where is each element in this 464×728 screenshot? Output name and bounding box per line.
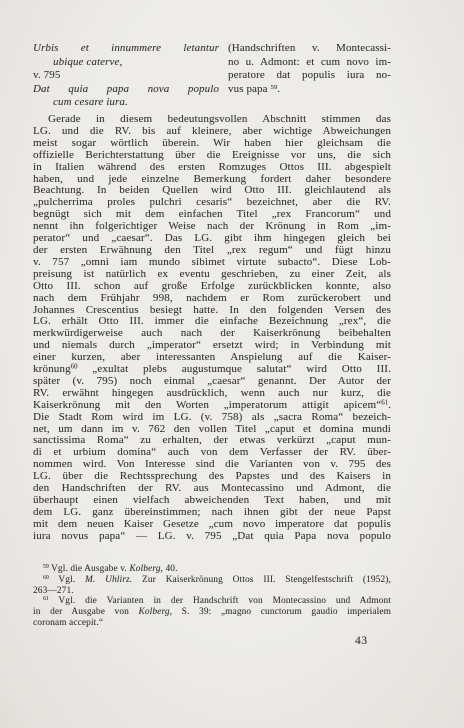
- text-line: vus papa 59.: [228, 83, 391, 97]
- page-number: 43: [355, 635, 395, 647]
- text-line: 60 Vgl. M. Uhlirz. Zur Kaiserkrönung Ott…: [33, 575, 391, 586]
- text-line: 61 Vgl. die Varianten in der Handschrift…: [33, 596, 391, 607]
- text-line: coronam accepit.“: [33, 618, 391, 629]
- text-line: peratore dat populis iura no-: [228, 69, 391, 83]
- text-line: ubique caterve,: [33, 56, 219, 70]
- footnotes-section: 59 Vgl. die Ausgabe v. Kolberg, 40.60 Vg…: [33, 564, 391, 629]
- text-line: RV. erwähnt hingegen ausdrücklich, wenn …: [33, 388, 391, 400]
- text-line: Die Stadt Rom wird im LG. (v. 758) als „…: [33, 412, 391, 424]
- book-page: Urbis et innummere letanturubique caterv…: [0, 0, 464, 728]
- text-line: Otto III. schon auf große Erfolge zurück…: [33, 281, 391, 293]
- text-line: in Italien während des ersten Romzuges O…: [33, 162, 391, 174]
- text-line: in der Ausgabe von Kolberg, S. 39: „magn…: [33, 607, 391, 618]
- text-line: no u. Admont: et cum novo im-: [228, 56, 391, 70]
- text-line: (Handschriften v. Montecassi-: [228, 42, 391, 56]
- verse-quote-block: Urbis et innummere letanturubique caterv…: [33, 42, 391, 110]
- text-line: 263—271.: [33, 586, 391, 597]
- text-line: iura novus papa“ — LG. v. 795 „Dat quia …: [33, 531, 391, 543]
- text-line: Urbis et innummere letantur: [33, 42, 219, 56]
- text-line: preisung ist natürlich ex eventu geschri…: [33, 269, 391, 281]
- text-line: meist sogar wörtlich überein. Wir haben …: [33, 138, 391, 150]
- text-line: Kaiserkrönung mit den Worten „imperatoru…: [33, 400, 391, 412]
- body-paragraph: Gerade in diesem bedeutungsvollen Abschn…: [33, 114, 391, 543]
- text-line: nach dem Frühjahr 998, nachdem er Rom zu…: [33, 293, 391, 305]
- verse-quote-latin: Urbis et innummere letanturubique caterv…: [33, 42, 219, 110]
- text-line: v. 795: [33, 69, 219, 83]
- text-line: mit dem neuen Kaiser Gesetze „cum novo i…: [33, 519, 391, 531]
- text-line: Dat quia papa nova populo: [33, 83, 219, 97]
- text-line: cum cesare iura.: [33, 96, 219, 110]
- text-line: offizielle Berichterstattung über die Er…: [33, 150, 391, 162]
- verse-quote-manuscript-variant: (Handschriften v. Montecassi-no u. Admon…: [228, 42, 391, 110]
- text-line: 59 Vgl. die Ausgabe v. Kolberg, 40.: [33, 564, 391, 575]
- text-line: v. 757 „omni iam mundo sibimet virtute s…: [33, 257, 391, 269]
